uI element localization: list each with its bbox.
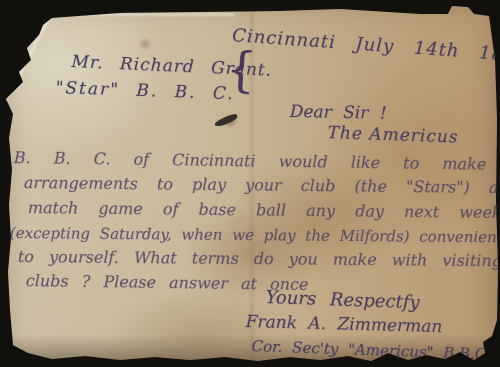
letter-body-line-6: to yourself. What terms do you make with… — [18, 247, 500, 270]
letter-body-line-1: The Americus — [327, 123, 459, 148]
letter-recipient-club: "Star" B. B. C. — [55, 78, 235, 104]
letter-signature-name: Frank A. Zimmerman — [245, 312, 442, 337]
letter-body-line-4: match game of base ball any day next wee… — [28, 198, 500, 222]
letter-salutation: Dear Sir ! — [290, 102, 387, 124]
letter-body-line-3: arrangements to play your club (the "Sta… — [24, 173, 499, 197]
torn-edge-highlight — [5, 15, 52, 100]
letter-signature-title: Cor. Sec'ty "Americus" B.B.C. — [251, 337, 491, 363]
letter-body-line-5: (excepting Saturday, when we play the Mi… — [10, 224, 500, 246]
torn-edge-fiber — [55, 13, 235, 16]
photo-background: Cincinnati July 14th 1875 Mr. Richard Gr… — [0, 0, 500, 367]
grouping-brace: { — [224, 41, 258, 99]
ink-blot — [214, 113, 239, 128]
letter-closing: Yours Respectfy — [265, 287, 420, 313]
letter-paper: Cincinnati July 14th 1875 Mr. Richard Gr… — [0, 0, 500, 367]
letter-body-line-2: B. B. C. of Cincinnati would like to mak… — [14, 148, 487, 174]
